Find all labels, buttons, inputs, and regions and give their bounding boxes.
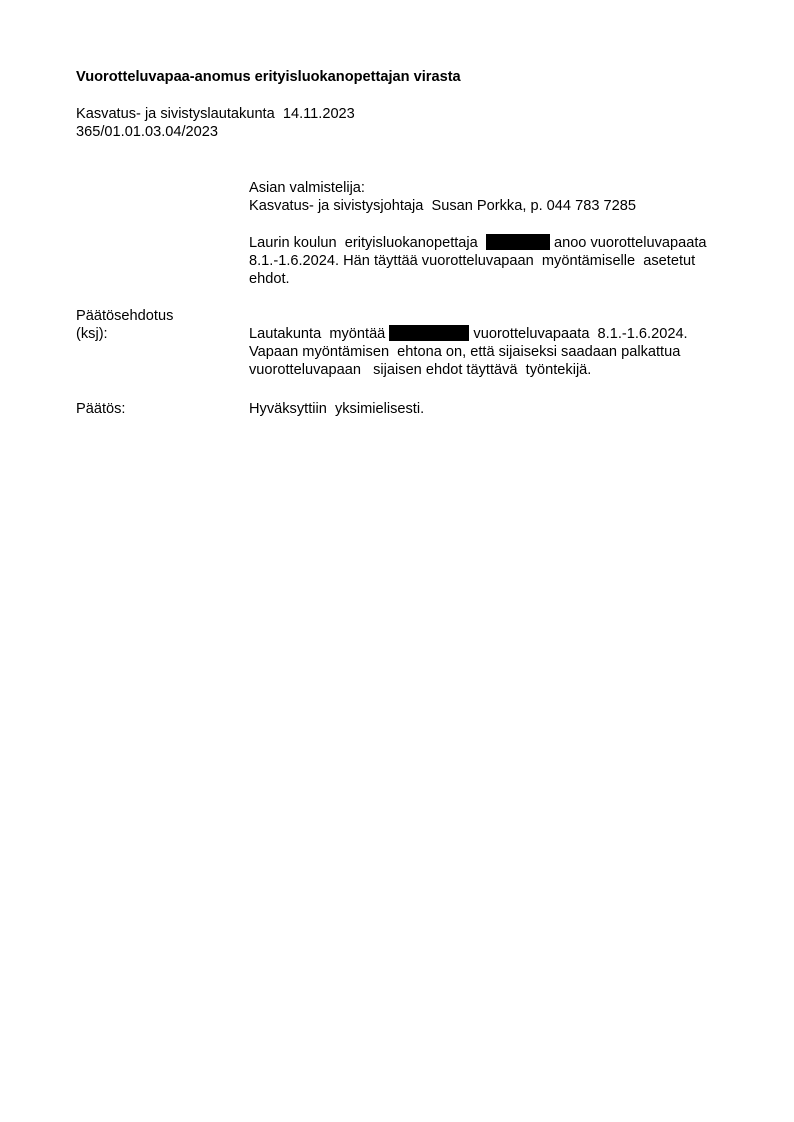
decision-text: Hyväksyttiin yksimielisesti. — [249, 400, 424, 418]
background-line-2: 8.1.-1.6.2024. Hän täyttää vuorotteluvap… — [249, 252, 730, 270]
board-and-meeting-date: Kasvatus- ja sivistyslautakunta 14.11.20… — [76, 105, 355, 123]
proposal-line-1-start: Lautakunta myöntää — [249, 326, 389, 342]
decision-label: Päätös: — [76, 400, 126, 418]
proposal-paragraph: Lautakunta myöntää vuorotteluvapaata 8.1… — [249, 325, 730, 379]
background-line-3: ehdot. — [249, 270, 730, 288]
redaction-box — [486, 234, 550, 250]
background-line-1-start: Laurin koulun erityisluokanopettaja — [249, 235, 486, 251]
proposal-label-author: (ksj): — [76, 325, 108, 343]
background-paragraph: Laurin koulun erityisluokanopettaja anoo… — [249, 234, 730, 288]
document-title: Vuorotteluvapaa-anomus erityisluokanopet… — [76, 68, 461, 86]
background-line-1: Laurin koulun erityisluokanopettaja anoo… — [249, 234, 730, 252]
background-line-1-end: anoo vuorotteluvapaata — [550, 235, 707, 251]
case-number: 365/01.01.03.04/2023 — [76, 123, 218, 141]
proposal-line-2: Vapaan myöntämisen ehtona on, että sijai… — [249, 343, 730, 361]
preparer-label: Asian valmistelija: — [249, 179, 365, 197]
proposal-line-1-end: vuorotteluvapaata 8.1.-1.6.2024. — [469, 326, 687, 342]
proposal-label: Päätösehdotus — [76, 307, 173, 325]
proposal-line-1: Lautakunta myöntää vuorotteluvapaata 8.1… — [249, 325, 730, 343]
proposal-line-3: vuorotteluvapaan sijaisen ehdot täyttävä… — [249, 361, 730, 379]
preparer-name: Kasvatus- ja sivistysjohtaja Susan Porkk… — [249, 197, 636, 215]
redaction-box — [389, 325, 469, 341]
document-page: Vuorotteluvapaa-anomus erityisluokanopet… — [0, 0, 794, 1122]
